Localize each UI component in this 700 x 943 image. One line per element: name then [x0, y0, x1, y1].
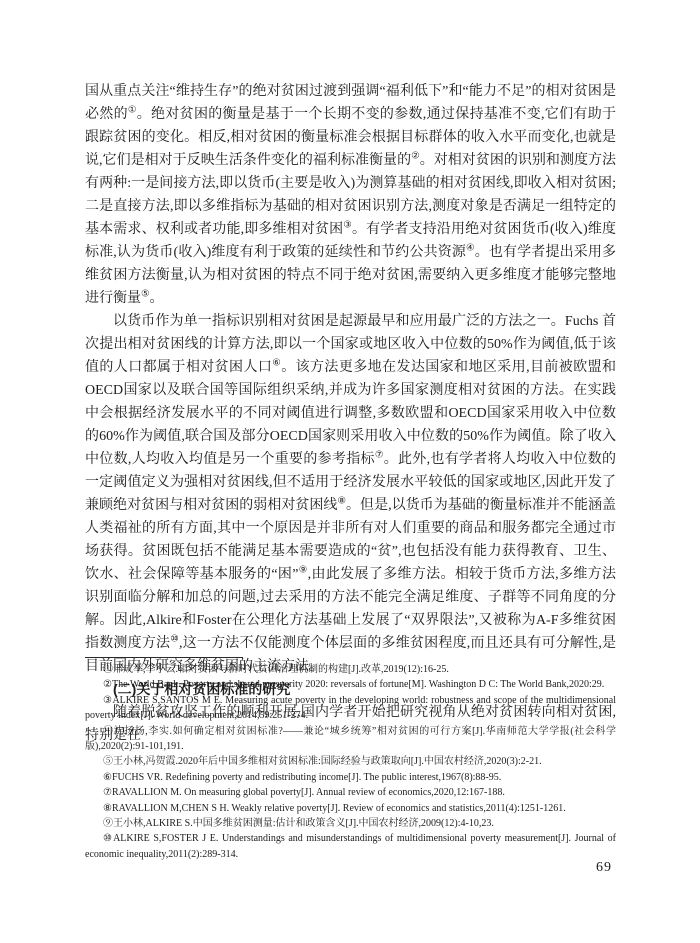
paper-page: 国从重点关注“维持生存”的绝对贫困过渡到强调“福利低下”和“能力不足”的相对贫困…: [0, 0, 700, 943]
footnote-7: ⑦RAVALLION M. On measuring global povert…: [85, 785, 616, 800]
body-paragraph-continuation: 国从重点关注“维持生存”的绝对贫困过渡到强调“福利低下”和“能力不足”的相对贫困…: [85, 80, 616, 310]
footnote-6: ⑥FUCHS VR. Redefining poverty and redist…: [85, 770, 616, 785]
footnote-divider: [85, 657, 243, 658]
footnote-2: ②The World Bank. Poverty and shared pros…: [85, 677, 616, 692]
body-text: 国从重点关注“维持生存”的绝对贫困过渡到强调“福利低下”和“能力不足”的相对贫困…: [85, 80, 616, 747]
footnote-5: ⑤王小林,冯贺霞.2020年后中国多维相对贫困标准:国际经验与政策取向[J].中…: [85, 754, 616, 769]
footnote-9: ⑨王小林,ALKIRE S.中国多维贫困测量:估计和政策含义[J].中国农村经济…: [85, 816, 616, 831]
body-paragraph-monetary-method: 以货币作为单一指标识别相对贫困是起源最早和应用最广泛的方法之一。Fuchs 首次…: [85, 310, 616, 678]
footnote-1: ①邢成举,李小云.相对贫困与新时代贫困治理机制的构建[J].改革,2019(12…: [85, 662, 616, 677]
footnote-8: ⑧RAVALLION M,CHEN S H. Weakly relative p…: [85, 801, 616, 816]
footnote-3: ③ALKIRE S,SANTOS M E. Measuring acute po…: [85, 693, 616, 724]
page-number: 69: [596, 860, 612, 876]
footnote-4: ④沈扬扬,李实.如何确定相对贫困标准?——兼论“城乡统筹”相对贫困的可行方案[J…: [85, 724, 616, 755]
footnote-10: ⑩ALKIRE S,FOSTER J E. Understandings and…: [85, 831, 616, 862]
footnotes-block: ①邢成举,李小云.相对贫困与新时代贫困治理机制的构建[J].改革,2019(12…: [85, 662, 616, 862]
